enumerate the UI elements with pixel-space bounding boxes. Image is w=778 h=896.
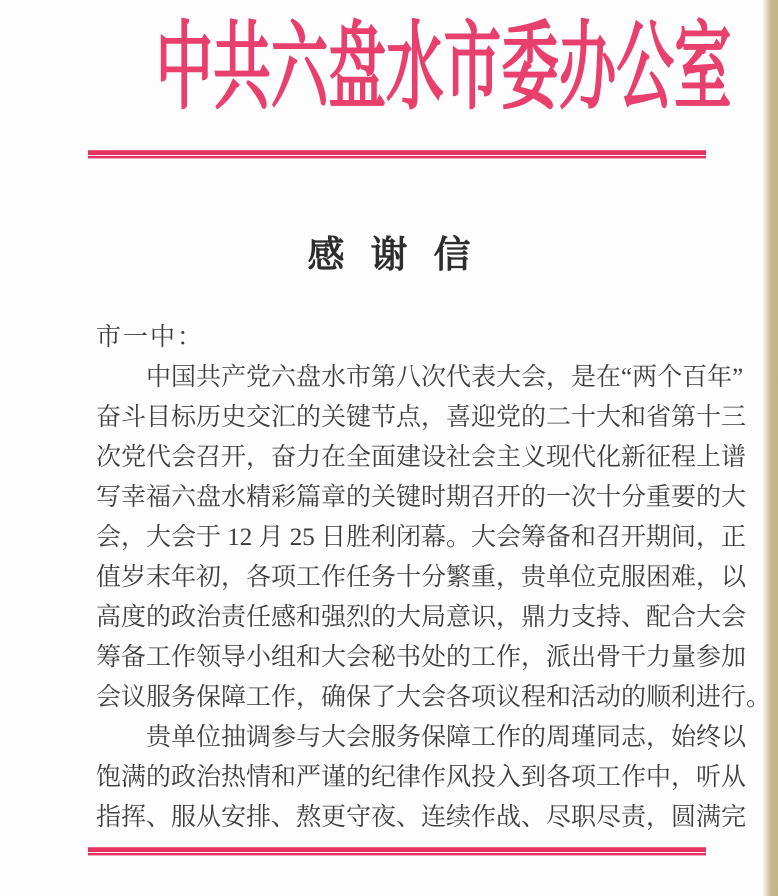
page-bottom-rule: [88, 847, 706, 856]
body-line-3: 次党代会召开，奋力在全面建设社会主义现代化新征程上谱: [96, 438, 712, 478]
body-line-5: 会，大会于 12 月 25 日胜利闭幕。大会筹备和召开期间，正: [96, 518, 712, 558]
body-line-11: 饱满的政治热情和严谨的纪律作风投入到各项工作中，听从: [96, 758, 712, 798]
body-line-9: 会议服务保障工作，确保了大会各项议程和活动的顺利进行。: [96, 678, 712, 718]
scanner-edge-strip: [762, 0, 778, 896]
body-line-10: 贵单位抽调参与大会服务保障工作的周瑾同志，始终以: [96, 718, 712, 758]
salutation-line: 市一中：: [96, 318, 712, 358]
body-line-8: 筹备工作领导小组和大会秘书处的工作，派出骨干力量参加: [96, 638, 712, 678]
body-line-2: 奋斗目标历史交汇的关键节点，喜迎党的二十大和省第十三: [96, 398, 712, 438]
body-line-7: 高度的政治责任感和强烈的大局意识，鼎力支持、配合大会: [96, 598, 712, 638]
body-line-6: 值岁末年初，各项工作任务十分繁重，贵单位克服困难，以: [96, 558, 712, 598]
body-line-1: 中国共产党六盘水市第八次代表大会，是在“两个百年”: [96, 358, 712, 398]
letterhead-rule: [88, 150, 706, 159]
letter-title: 感谢信: [0, 234, 778, 278]
body-line-12: 指挥、服从安排、熬更守夜、连续作战、尽职尽责，圆满完: [96, 798, 712, 838]
body-line-4: 写幸福六盘水精彩篇章的关键时期召开的一次十分重要的大: [96, 478, 712, 518]
scanned-letter-page: 中共六盘水市委办公室 感谢信 市一中： 中国共产党六盘水市第八次代表大会，是在“…: [0, 0, 778, 896]
letterhead-org-title: 中共六盘水市委办公室: [156, 16, 623, 120]
letter-body: 市一中： 中国共产党六盘水市第八次代表大会，是在“两个百年” 奋斗目标历史交汇的…: [96, 318, 712, 838]
